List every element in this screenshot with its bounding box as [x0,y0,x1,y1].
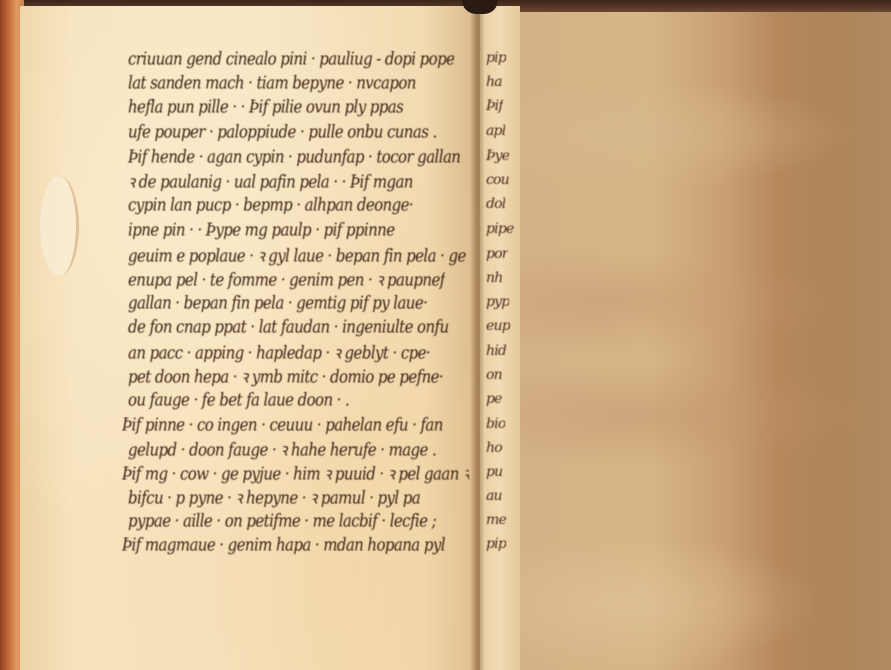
text-fragment: cou [486,172,509,194]
page-stain [40,176,79,276]
text-fragment: ha [486,74,502,96]
text-line: Þif hende · agan cypin · pudunfap · toco… [128,146,460,171]
text-line: ufe pouper · paloppiude · pulle onbu cun… [128,121,437,146]
text-line: enupa pel · te fomme · genim pen · ꝛ pau… [128,268,445,293]
text-line: hefla pun pille · · Þif pilie ovun ply p… [128,96,403,121]
text-fragment: Þif [486,98,503,120]
book-gutter [470,0,484,670]
text-fragment: me [486,512,506,534]
text-fragment: Þye [486,148,509,170]
text-fragment: por [486,246,508,268]
text-fragment: pe [486,391,502,413]
text-line: criuuan gend cinealo pini · pauliug ‑ do… [128,48,454,73]
text-fragment: au [486,488,502,510]
text-line: Þif magmaue · genim hapa · mdan hopana p… [122,534,445,559]
text-fragment: pip [486,536,506,558]
text-fragment: ho [486,440,502,462]
text-fragment: hid [486,343,506,365]
manuscript-photo: criuuan gend cinealo pini · pauliug ‑ do… [0,0,891,670]
text-line: lat sanden mach · tiam bepyne · nvcapon [128,72,416,97]
text-line: cypin lan pucp · bepmp · alhpan deonge· [128,194,413,219]
text-line: ipne pin · · Þype mg paulp · pif ppinne [128,219,395,244]
text-line: Þif pinne · co ingen · ceuuu · pahelan e… [122,414,443,439]
text-line: bifcu · p pyne · ꝛ hepyne · ꝛ pamul · py… [128,486,420,511]
text-fragment: pu [486,464,502,486]
text-line: Þif mg · cow · ge pyjue · him ꝛ puuid · … [122,462,469,487]
text-fragment: eup [486,318,510,340]
text-line: pypae · aille · on petifme · me lacbif ·… [128,510,436,535]
text-line: ou fauge · fe bet fa laue doon · . [128,389,349,414]
text-line: geuim e poplaue · ꝛ gyl laue · bepan fin… [128,244,466,269]
blurred-background [518,0,891,670]
text-fragment: dol [486,196,505,218]
text-line: de fon cnap ppat · lat faudan · ingeniul… [128,316,449,341]
text-line: gelupd · doon fauge · ꝛ hahe herufe · ma… [128,438,436,463]
text-line: ꝛ de paulanig · ual pafin pela · · Þif m… [128,170,413,195]
text-fragment: pipe [486,221,514,243]
text-fragment: pyp [486,294,509,316]
text-fragment: nh [486,270,502,292]
text-line: pet doon hepa · ꝛ ymb mitc · domio pe pe… [128,365,443,390]
text-line: an pacc · apping · hapledap · ꝛ geblyt ·… [128,341,430,366]
text-line: gallan · bepan fin pela · gemtig pif py … [128,292,427,317]
text-fragment: on [486,367,502,389]
text-fragment: pip [486,50,506,72]
text-fragment: bio [486,416,505,438]
text-fragment: apl [486,123,505,145]
